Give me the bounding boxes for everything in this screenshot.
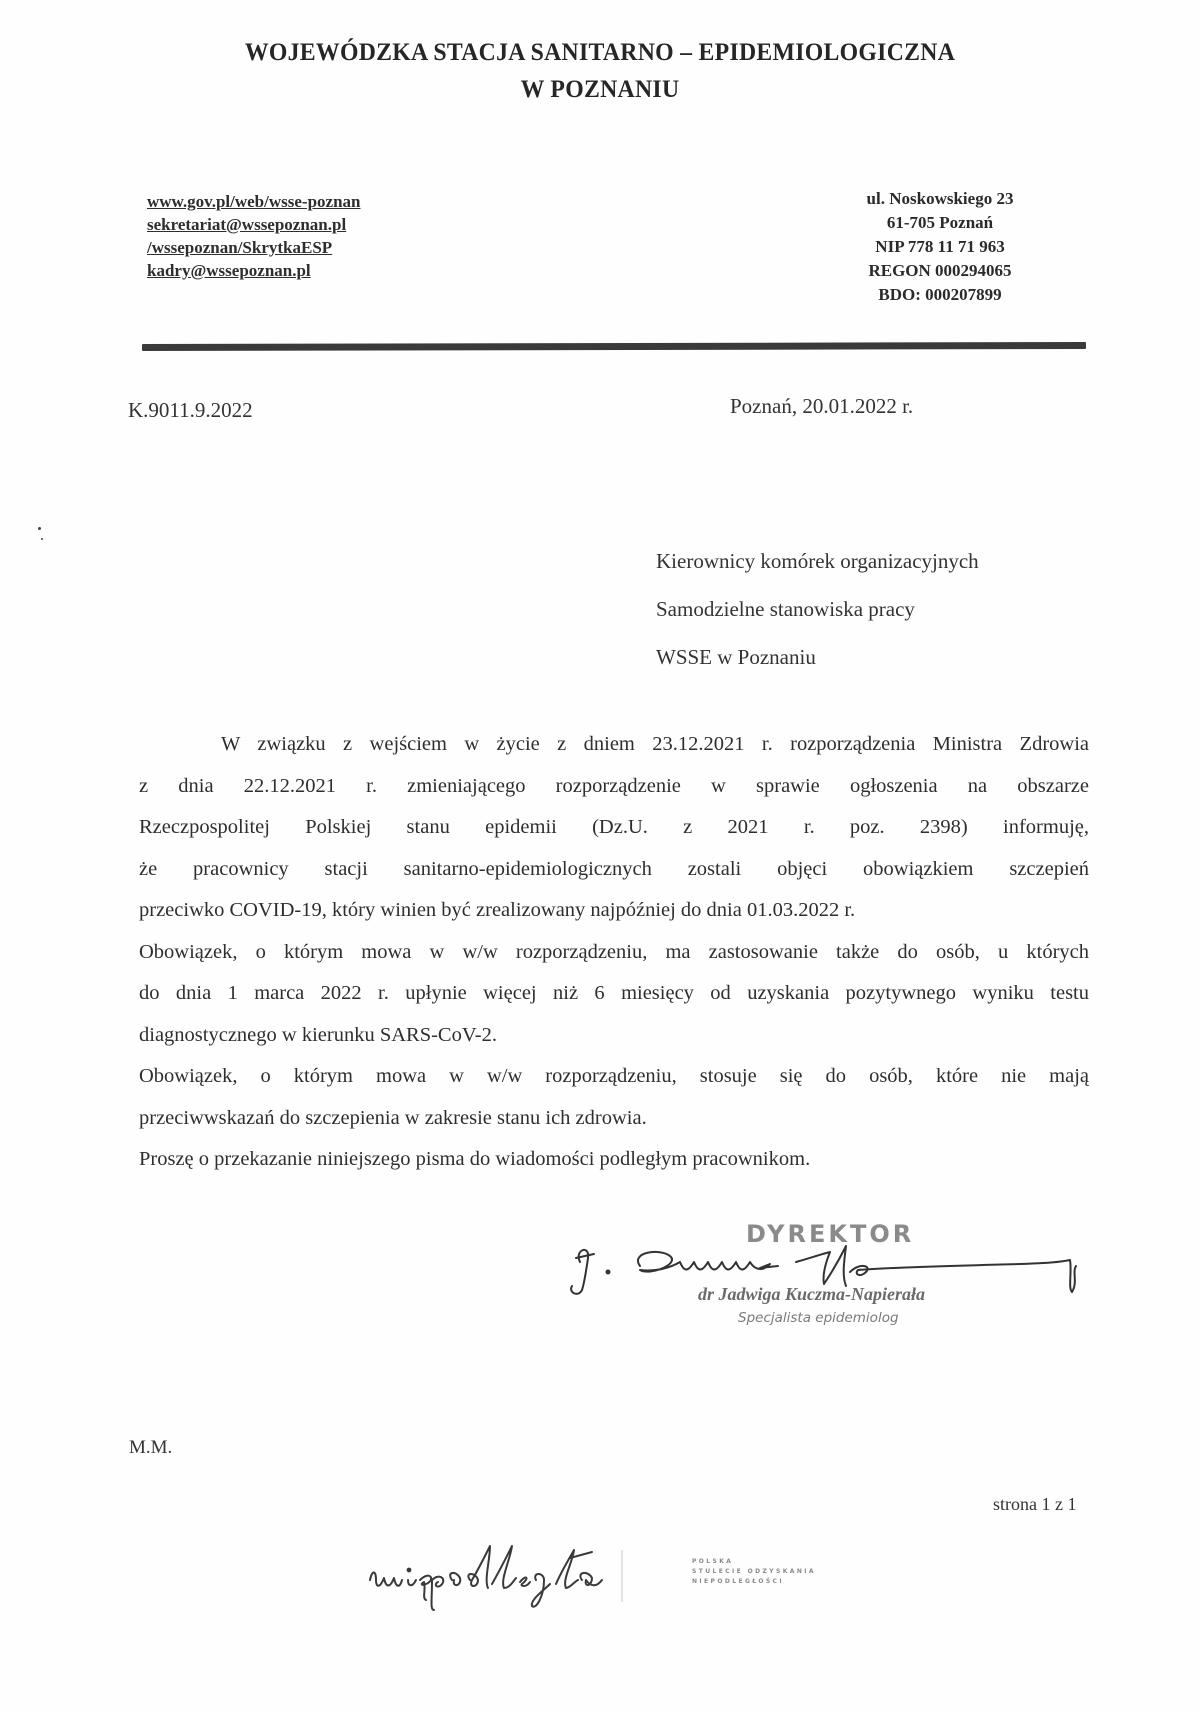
logo-subtitle-line: POLSKA	[692, 1557, 816, 1567]
body-line: Proszę o przekazanie niniejszego pisma d…	[139, 1139, 1089, 1181]
body-line: przeciwwskazań do szczepienia w zakresie…	[139, 1098, 1089, 1140]
recipients-block: Kierownicy komórek organizacyjnych Samod…	[656, 537, 979, 681]
author-initials: M.M.	[129, 1437, 172, 1459]
signatory-role: Specjalista epidemiolog	[738, 1310, 899, 1326]
body-line: Rzeczpospolitej Polskiej stanu epidemii …	[139, 807, 1089, 849]
body-line: z dnia 22.12.2021 r. zmieniającego rozpo…	[139, 766, 1089, 808]
recipient-line: WSSE w Poznaniu	[656, 633, 979, 681]
secretariat-email-link[interactable]: sekretariat@wssepoznan.pl	[147, 213, 360, 236]
institution-title: WOJEWÓDZKA STACJA SANITARNO – EPIDEMIOLO…	[30, 34, 1170, 108]
niepodlegla-logo-script	[360, 1540, 680, 1620]
scan-mark	[38, 527, 41, 530]
place-date: Poznań, 20.01.2022 r.	[730, 394, 913, 419]
recipient-line: Samodzielne stanowiska pracy	[656, 585, 979, 633]
header-divider	[142, 342, 1086, 351]
niepodlegla-logo-subtitle: POLSKA STULECIE ODZYSKANIA NIEPODLEGŁOŚC…	[692, 1557, 816, 1587]
hr-email-link[interactable]: kadry@wssepoznan.pl	[147, 259, 360, 282]
nip-number: NIP 778 11 71 963	[840, 235, 1040, 259]
letter-page: WOJEWÓDZKA STACJA SANITARNO – EPIDEMIOLO…	[0, 0, 1200, 1712]
contact-links: www.gov.pl/web/wsse-poznan sekretariat@w…	[147, 190, 360, 282]
body-line: W związku z wejściem w życie z dniem 23.…	[139, 724, 1089, 766]
body-line: diagnostycznego w kierunku SARS-CoV-2.	[139, 1015, 1089, 1057]
epuap-box-link[interactable]: /wssepoznan/SkrytkaESP	[147, 236, 360, 259]
regon-number: REGON 000294065	[840, 259, 1040, 283]
body-line: przeciwko COVID-19, który winien być zre…	[139, 890, 1089, 932]
body-line: że pracownicy stacji sanitarno-epidemiol…	[139, 849, 1089, 891]
logo-subtitle-line: NIEPODLEGŁOŚCI	[692, 1577, 816, 1587]
reference-number: K.9011.9.2022	[128, 398, 253, 423]
institution-title-line2: W POZNANIU	[30, 71, 1170, 108]
street-address: ul. Noskowskiego 23	[840, 187, 1040, 211]
body-line: Obowiązek, o którym mowa w w/w rozporząd…	[139, 1056, 1089, 1098]
page-number: strona 1 z 1	[993, 1494, 1076, 1515]
address-block: ul. Noskowskiego 23 61-705 Poznań NIP 77…	[840, 187, 1040, 307]
website-link[interactable]: www.gov.pl/web/wsse-poznan	[147, 190, 360, 213]
body-line: do dnia 1 marca 2022 r. upłynie więcej n…	[139, 973, 1089, 1015]
recipient-line: Kierownicy komórek organizacyjnych	[656, 537, 979, 585]
bdo-number: BDO: 000207899	[840, 283, 1040, 307]
letter-body: W związku z wejściem w życie z dniem 23.…	[139, 724, 1089, 1181]
body-line: Obowiązek, o którym mowa w w/w rozporząd…	[139, 932, 1089, 974]
postal-city: 61-705 Poznań	[840, 211, 1040, 235]
institution-title-line1: WOJEWÓDZKA STACJA SANITARNO – EPIDEMIOLO…	[30, 34, 1170, 71]
signatory-name: dr Jadwiga Kuczma-Napierała	[698, 1284, 925, 1305]
scan-mark	[41, 538, 43, 540]
logo-subtitle-line: STULECIE ODZYSKANIA	[692, 1567, 816, 1577]
